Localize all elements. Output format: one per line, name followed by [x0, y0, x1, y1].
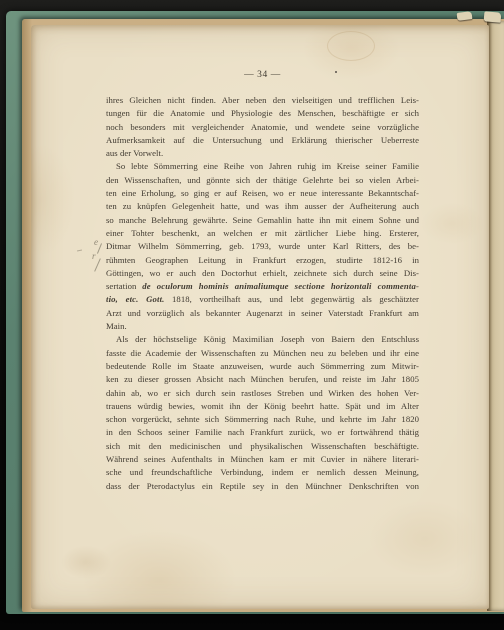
text-line: schon vorgerückt, sehnte sich Sömmerring… — [106, 413, 419, 426]
text-line: fasste die Academie der Wissenschaften z… — [106, 347, 419, 360]
text-line: So lebte Sömmerring eine Reihe von Jahre… — [106, 160, 419, 173]
text-line: Aufmerksamkeit auf die Untersuchung und … — [106, 134, 419, 147]
text-line: Göttingen, wo er auch den Doctorhut erhi… — [106, 267, 419, 280]
text-line: noch besonders mit vergleichender Anatom… — [106, 121, 419, 134]
text-line: rühmten Geographen Leitung in Frankfurt … — [106, 254, 419, 267]
text-line: Arzt und vorzüglich als bekannter Augena… — [106, 307, 419, 320]
pencil-mark-r: r — [92, 252, 96, 261]
ink-speck — [335, 71, 337, 73]
text-line: Main. — [106, 320, 419, 333]
text-line: Während seines Aufenthalts in München ka… — [106, 453, 419, 466]
adjacent-page-edge — [487, 21, 504, 611]
text-line: bedeutende Rolle im Staate anzuweisen, w… — [106, 360, 419, 373]
stain-ring — [327, 31, 375, 61]
text-line: dahin ab, wo er sich durch sein rastlose… — [106, 387, 419, 400]
text-line: ten eine Erholung, so ging er auf Reisen… — [106, 187, 419, 200]
text-line: ken zu dieser grossen Absicht nach Münch… — [106, 373, 419, 386]
text-line: Ditmar Wilhelm Sömmerring, geb. 1793, wu… — [106, 240, 419, 253]
page-corner-curl — [484, 11, 502, 22]
text-line: aus der Vorwelt. — [106, 147, 419, 160]
text-line: Als der höchstselige König Maximilian Jo… — [106, 333, 419, 346]
pencil-marginalia: e r — [71, 235, 105, 299]
text-line: so manche Belehrung gewährte. Seine Gema… — [106, 214, 419, 227]
book-page: — 34 — e r ihres Gleichen nicht finden. … — [31, 25, 489, 609]
text-line: trauens würdig bewies, womit ihn der Kön… — [106, 400, 419, 413]
text-line: ten zu knüpfen Gelegenheit hatte, und wa… — [106, 200, 419, 213]
text-line: einer Tohter beschenkt, an welchen er mi… — [106, 227, 419, 240]
text-line: sich mit den medicinischen und physikali… — [106, 440, 419, 453]
pencil-mark-e: e — [94, 238, 98, 247]
text-block: ihres Gleichen nicht finden. Aber neben … — [106, 94, 419, 493]
text-line: sertation de oculorum hominis animaliumq… — [106, 280, 419, 293]
text-line: in den Schoos seiner Familie nach Frankf… — [106, 426, 419, 439]
pencil-stroke — [77, 249, 82, 251]
text-line: tio, etc. Gott. 1818, vortheilhaft aus, … — [106, 293, 419, 306]
page-number: — 34 — — [106, 70, 419, 82]
text-line: ihres Gleichen nicht finden. Aber neben … — [106, 94, 419, 107]
text-line: den Wissenschaften, und gönnte sich der … — [106, 174, 419, 187]
text-line: sche und freundschaftliche Verbindung, i… — [106, 466, 419, 479]
text-line: tungen für die Anatomie und Physiologie … — [106, 107, 419, 120]
text-line: dass der Pterodactylus ein Reptile sey i… — [106, 480, 419, 493]
